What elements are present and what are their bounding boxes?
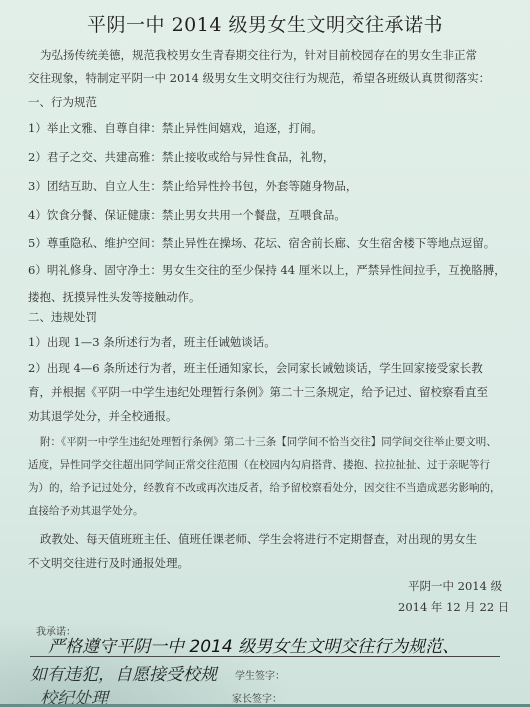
parent-sign-label: 家长签字：	[232, 690, 282, 705]
appendix-line-1: 附：《平阴一中学生违纪处理暂行条例》第二十三条【同学间不恰当交往】同学间交往举止…	[40, 434, 497, 449]
student-sign-label: 学生签字：	[235, 667, 285, 682]
appendix-line-2: 适度，异性同学交往超出同学间正常交往范围（在校园内勾肩搭背、搂抱、拉拉扯扯、过于…	[28, 457, 490, 472]
handwritten-line-2: 如有违犯，自愿接受校规	[30, 660, 217, 685]
rule-item-2: 2）君子之交、共建高雅：禁止接收或给与异性食品，礼物，	[28, 149, 334, 165]
supervision-line-2: 不文明交往进行及时通报处理。	[28, 555, 189, 571]
rule-item-3: 3）团结互助、自立人生：禁止给异性拎书包，外套等随身物品，	[28, 178, 357, 194]
signature-org: 平阴一中 2014 级	[408, 578, 502, 594]
appendix-line-3: 为）的，给予记过处分，经教育不改或再次违反者，给予留校察看处分，因交往不当造成恶…	[28, 480, 501, 495]
pledge-underline	[30, 656, 500, 657]
handwritten-line-1: 严格遵守平阴一中 2014 级男女生文明交往行为规范、	[48, 632, 459, 657]
appendix-line-4: 直接给予劝其退学处分。	[28, 503, 144, 518]
document-page: 平阴一中 2014 级男女生文明交往承诺书 为弘扬传统美德，规范我校男女生青春期…	[0, 0, 530, 707]
penalty-item-1: 1）出现 1—3 条所述行为者，班主任诫勉谈话。	[28, 334, 276, 350]
intro-line-2: 交往现象，特制定平阴一中 2014 级男女生文明交往行为规范，希望各班级认真贯彻…	[28, 70, 490, 86]
rule-item-1: 1）举止文雅、自尊自律：禁止异性间嬉戏，追逐，打闹。	[28, 120, 323, 136]
intro-line-1: 为弘扬传统美德，规范我校男女生青春期交往行为，针对目前校园存在的男女生非正常	[40, 47, 477, 63]
penalty-item-2-cont1: 育，并根据《平阴一中学生违纪处理暂行条例》第二十三条规定，给予记过、留校察看直至	[28, 384, 488, 400]
document-date: 2014 年 12 月 22 日	[398, 599, 509, 615]
rule-item-6: 6）明礼修身、固守净土：男女生交往的至少保持 44 厘米以上，严禁异性间拉手，互…	[28, 262, 506, 278]
document-title: 平阴一中 2014 级男女生文明交往承诺书	[0, 10, 530, 37]
rule-item-6-cont: 搂抱、抚摸异性头发等接触动作。	[28, 289, 201, 305]
rule-item-5: 5）尊重隐私、维护空间：禁止异性在操场、花坛、宿舍前长廊、女生宿舍楼下等地点逗留…	[28, 235, 495, 251]
supervision-line-1: 政教处、每天值班班主任、值班任课老师、学生会将进行不定期督查，对出现的男女生	[40, 531, 477, 547]
section1-heading: 一、行为规范	[28, 94, 97, 110]
section2-heading: 二、违规处罚	[28, 309, 97, 325]
penalty-item-2-cont2: 劝其退学处分，并全校通报。	[28, 408, 178, 424]
penalty-item-2: 2）出现 4—6 条所述行为者，班主任通知家长，会同家长诫勉谈话，学生回家接受家…	[28, 360, 483, 376]
rule-item-4: 4）饮食分餐、保证健康：禁止男女共用一个餐盘，互喂食品。	[28, 207, 346, 223]
